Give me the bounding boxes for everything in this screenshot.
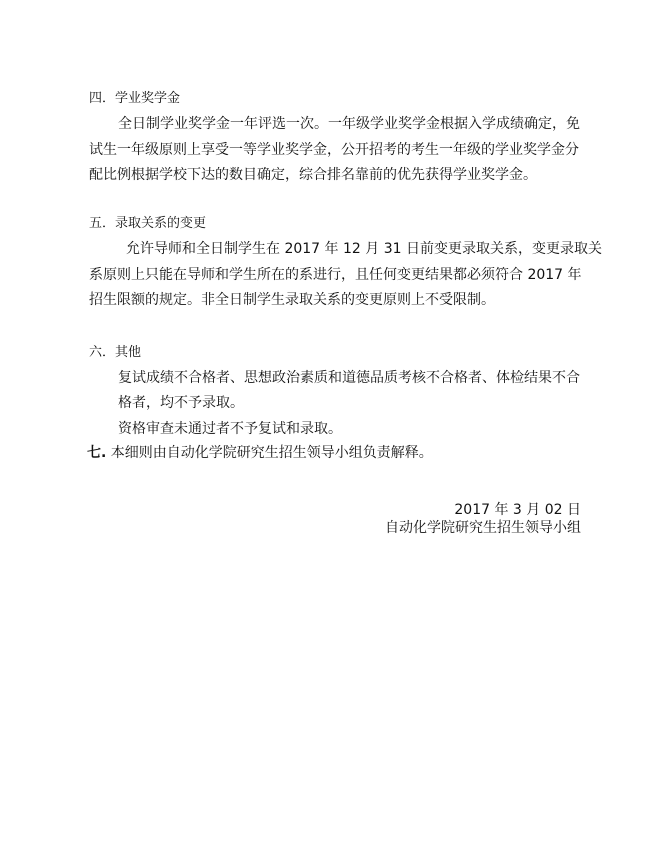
section-7-text: 本细则由自动化学院研究生招生领导小组负责解释。	[111, 445, 433, 461]
section-5-line: 招生限额的规定。非全日制学生录取关系的变更原则上不受限制。	[89, 291, 495, 309]
section-5-line: 系原则上只能在导师和学生所在的系进行，且任何变更结果都必须符合 2017 年	[89, 266, 582, 284]
section-7-number: 七.	[87, 445, 106, 461]
section-4-heading: 四．学业奖学金	[89, 90, 180, 108]
section-6-heading: 六．其他	[89, 344, 141, 362]
section-6-line: 格者，均不予录取。	[118, 394, 244, 412]
section-5-line: 允许导师和全日制学生在 2017 年 12 月 31 日前变更录取关系，变更录取…	[126, 240, 602, 258]
signature-date: 2017 年 3 月 02 日	[454, 501, 581, 519]
section-6-line: 复试成绩不合格者、思想政治素质和道德品质考核不合格者、体检结果不合	[118, 369, 580, 387]
section-4-line: 配比例根据学校下达的数目确定，综合排名靠前的优先获得学业奖学金。	[89, 166, 537, 184]
section-7: 七. 本细则由自动化学院研究生招生领导小组负责解释。	[87, 444, 433, 462]
signature-organization: 自动化学院研究生招生领导小组	[385, 519, 581, 537]
section-6-line: 资格审查未通过者不予复试和录取。	[118, 420, 342, 438]
section-5-heading: 五．录取关系的变更	[89, 215, 206, 233]
section-4-line: 试生一年级原则上享受一等学业奖学金，公开招考的考生一年级的学业奖学金分	[89, 141, 579, 159]
section-4-line: 全日制学业奖学金一年评选一次。一年级学业奖学金根据入学成绩确定，免	[118, 115, 580, 133]
